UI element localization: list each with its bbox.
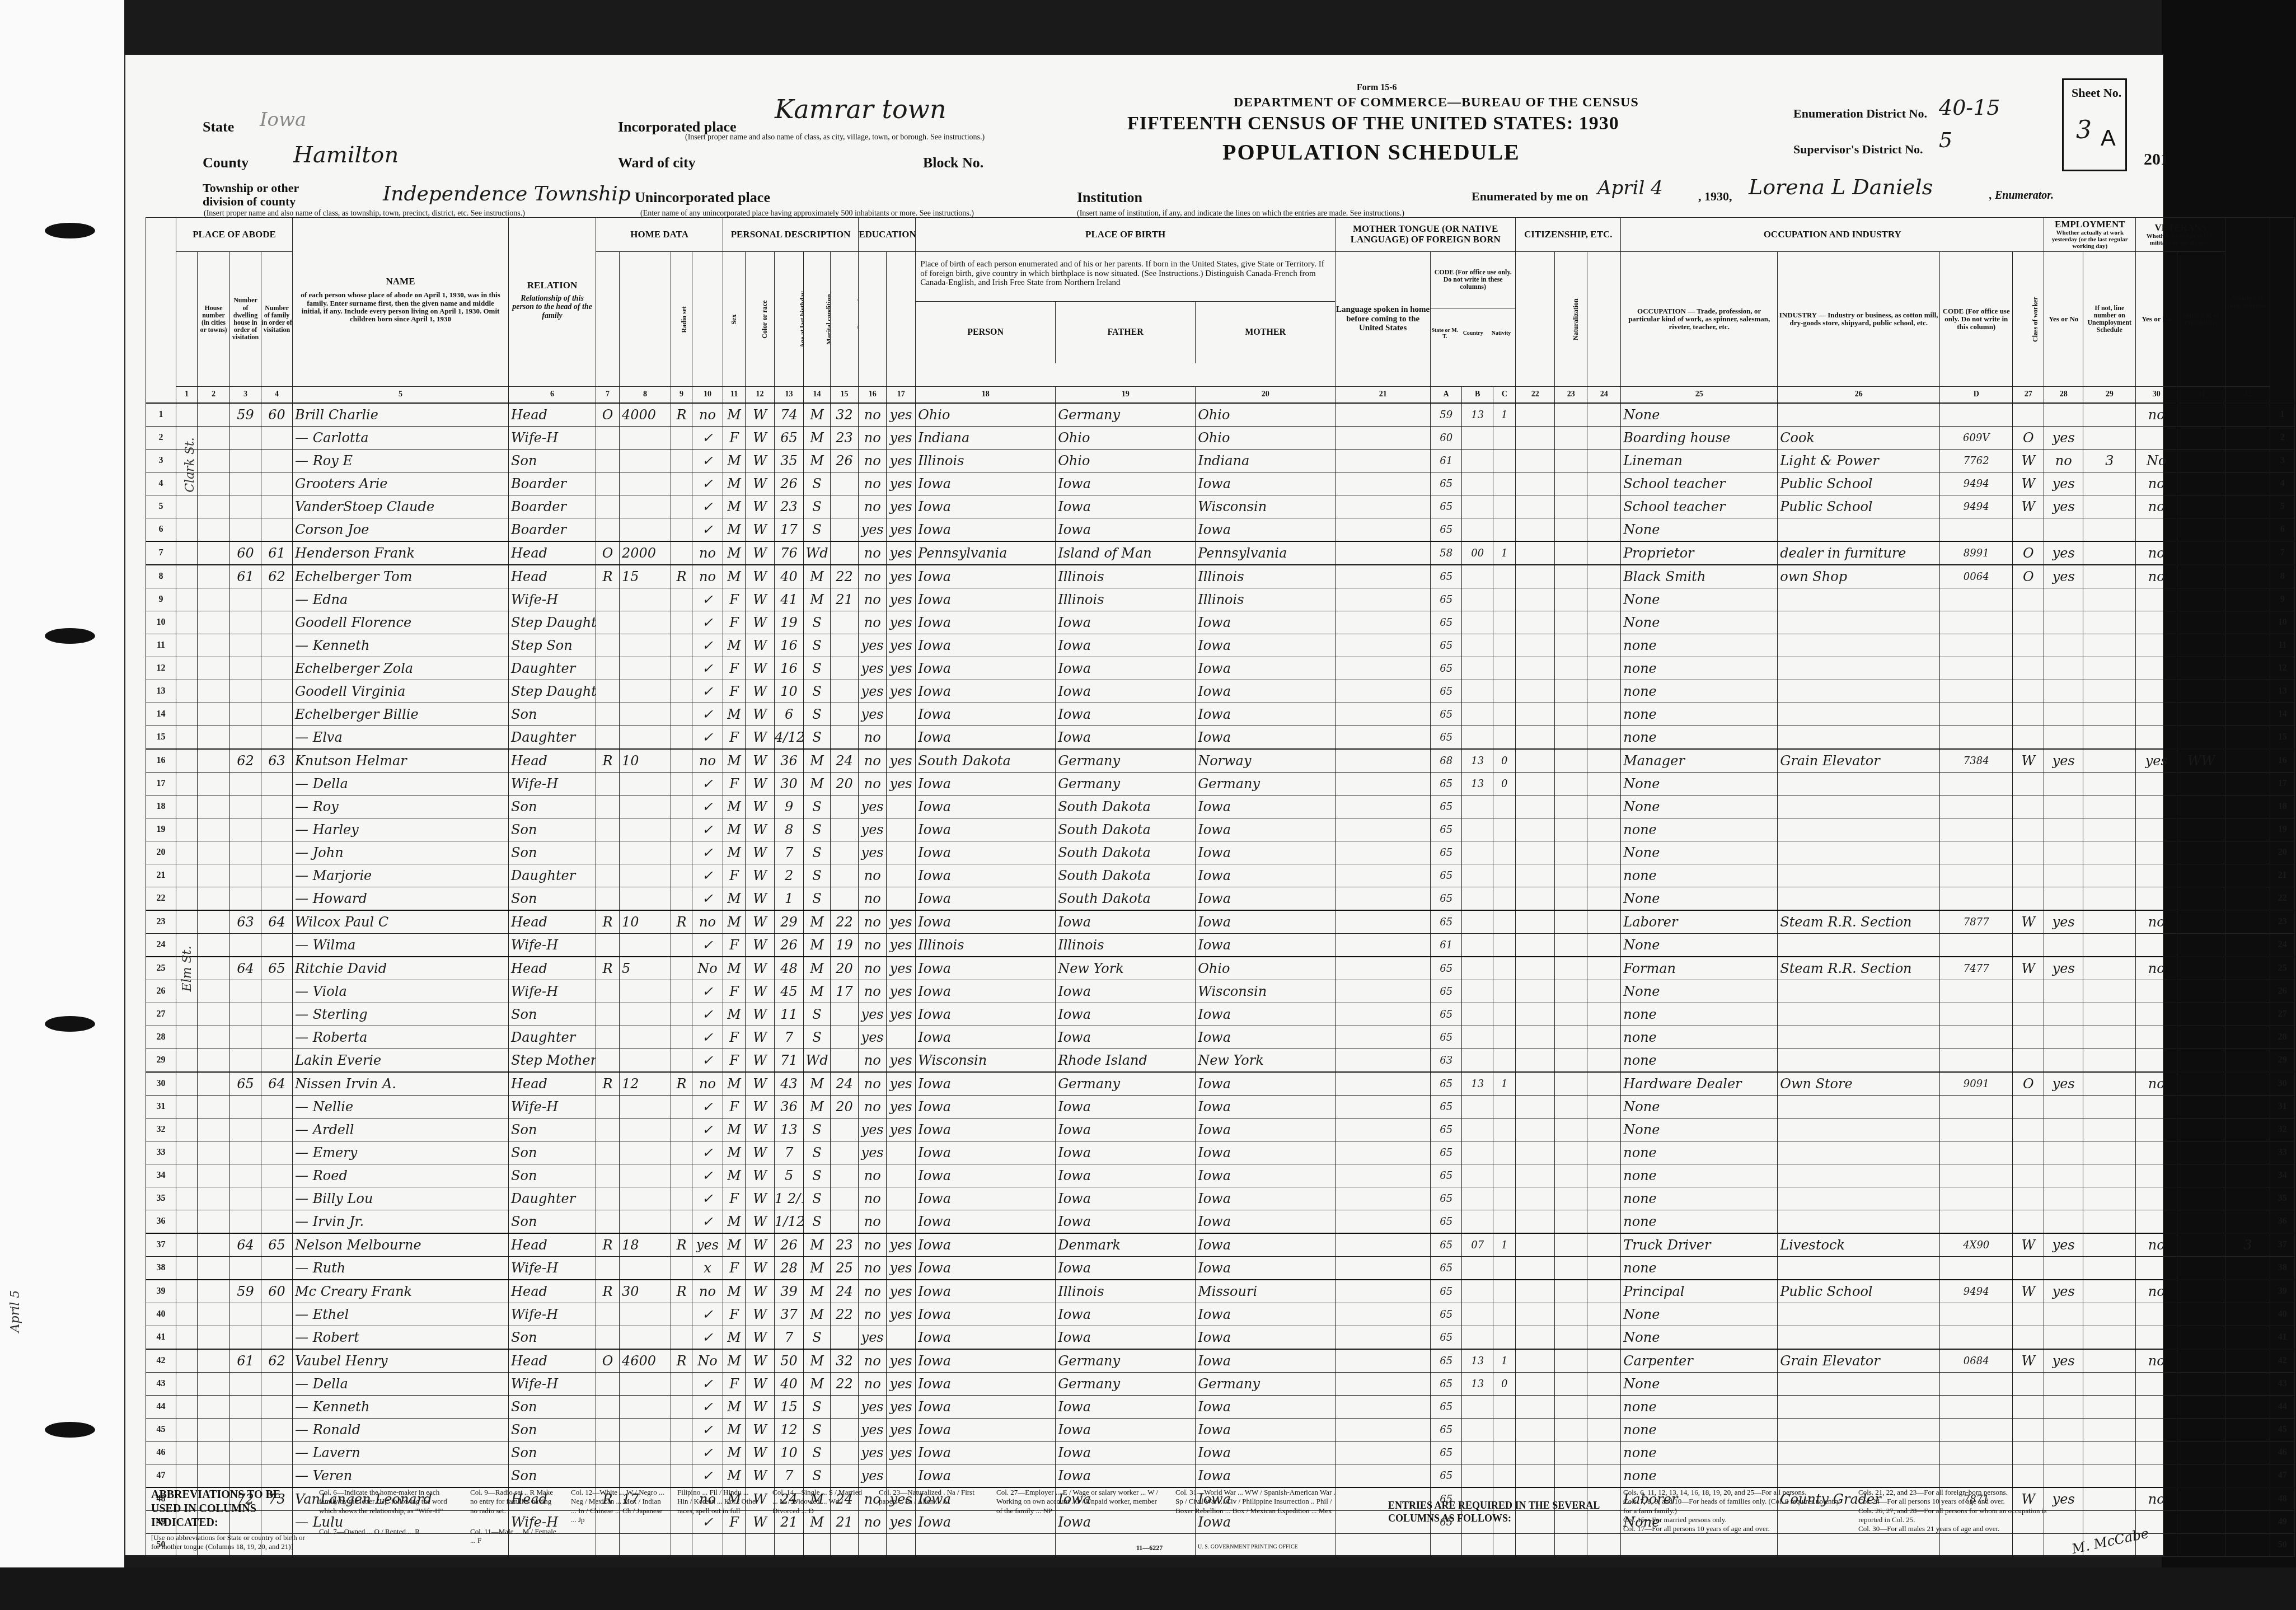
line-number: 13 <box>146 680 176 703</box>
street-note-elm: Elm St. <box>180 946 194 992</box>
line-number: 31 <box>146 1096 176 1118</box>
name-cell: — Billy Lou <box>293 1187 509 1210</box>
house-number-cell <box>198 980 230 1003</box>
school-cell: yes <box>859 841 887 864</box>
column-number: 31 <box>2177 387 2225 404</box>
census-row: 166263Knutson HelmarHeadR10noMW36M24noye… <box>146 749 2295 773</box>
unemp-cell <box>2083 1303 2136 1326</box>
value-cell <box>620 495 671 518</box>
class-cell: W <box>2013 1280 2044 1303</box>
marital-cell: M <box>804 934 831 957</box>
street-cell <box>176 1441 198 1464</box>
farmsch-cell <box>2225 1511 2270 1534</box>
sex-cell: F <box>723 864 746 887</box>
industry-cell <box>1778 1441 1940 1464</box>
bp-person-cell: Iowa <box>916 773 1056 795</box>
nat-cell <box>1555 611 1587 634</box>
industry-cell: Cook <box>1778 427 1940 450</box>
work-cell <box>2044 611 2083 634</box>
sex-cell: F <box>723 1257 746 1280</box>
codeD-cell: 0684 <box>1940 1349 2013 1373</box>
work-cell: yes <box>2044 1233 2083 1257</box>
age-marr-cell: 26 <box>831 450 859 472</box>
lang-cell <box>1336 1349 1431 1373</box>
age-cell: 10 <box>775 680 804 703</box>
owned-cell <box>596 818 620 841</box>
sex-cell: F <box>723 1373 746 1396</box>
eng-cell <box>1587 1373 1621 1396</box>
read-cell: yes <box>887 1280 916 1303</box>
lang-cell <box>1336 795 1431 818</box>
value-cell <box>620 841 671 864</box>
codeD-cell: 7477 <box>1940 957 2013 980</box>
relation-cell: Step Daughter <box>509 611 596 634</box>
unemp-cell <box>2083 864 2136 887</box>
family-cell <box>261 887 293 911</box>
farmsch-cell <box>2225 657 2270 680</box>
entries-line: Cols. 26, 27, and 28—For all persons for… <box>1858 1506 2060 1525</box>
codeA-cell: 65 <box>1431 1396 1462 1419</box>
school-cell: yes <box>859 818 887 841</box>
name-cell: — Marjorie <box>293 864 509 887</box>
work-cell <box>2044 1026 2083 1049</box>
vet-cell <box>2136 1373 2177 1396</box>
codeB-cell <box>1462 818 1493 841</box>
street-cell <box>176 1049 198 1073</box>
farm-header: Does this family live on a farm? <box>692 252 723 387</box>
radio-cell: R <box>671 403 692 427</box>
work-cell: yes <box>2044 427 2083 450</box>
column-number: 9 <box>671 387 692 404</box>
family-cell <box>261 1164 293 1187</box>
war-cell <box>2177 611 2225 634</box>
imm-cell <box>1516 1396 1555 1419</box>
relation-cell: Head <box>509 1072 596 1096</box>
enumerator-label: , Enumerator. <box>1989 189 2054 202</box>
unemp-cell <box>2083 1280 2136 1303</box>
eng-cell <box>1587 1118 1621 1141</box>
codeA-cell: 65 <box>1431 1373 1462 1396</box>
sex-cell: M <box>723 403 746 427</box>
family-cell <box>261 1419 293 1441</box>
owned-cell <box>596 518 620 542</box>
bp-father-cell: Iowa <box>1056 657 1196 680</box>
codeA-cell: 65 <box>1431 1280 1462 1303</box>
codeC-cell <box>1493 611 1516 634</box>
age-marr-cell <box>831 1187 859 1210</box>
codeC-cell <box>1493 518 1516 542</box>
value-cell <box>620 1049 671 1073</box>
age-cell: 36 <box>775 1096 804 1118</box>
street-cell <box>176 680 198 703</box>
codeA-cell: 65 <box>1431 1326 1462 1350</box>
nat-cell <box>1555 703 1587 726</box>
work-cell: yes <box>2044 565 2083 588</box>
vet-cell <box>2136 1257 2177 1280</box>
nat-cell <box>1555 588 1587 611</box>
dwelling-cell <box>230 450 261 472</box>
column-number: 5 <box>293 387 509 404</box>
unemp-cell <box>2083 1096 2136 1118</box>
owned-cell <box>596 657 620 680</box>
street-header: Street, avenue, road, etc. <box>176 252 198 387</box>
codeB-cell <box>1462 1118 1493 1141</box>
lang-cell <box>1336 749 1431 773</box>
street-cell <box>176 634 198 657</box>
line-number: 26 <box>146 980 176 1003</box>
nat-cell <box>1555 864 1587 887</box>
personal-description-header: PERSONAL DESCRIPTION <box>723 218 859 252</box>
street-cell <box>176 749 198 773</box>
census-row: 9— EdnaWife-H✓FW41M21noyesIowaIllinoisIl… <box>146 588 2295 611</box>
bp-mother-cell: Wisconsin <box>1196 495 1336 518</box>
eng-cell <box>1587 703 1621 726</box>
codeD-cell <box>1940 864 2013 887</box>
line-number: 47 <box>146 1464 176 1488</box>
farmsch-cell <box>2225 1164 2270 1187</box>
vet-cell <box>2136 634 2177 657</box>
occupation-cell: None <box>1621 773 1778 795</box>
scan-border-bottom <box>0 1567 2296 1610</box>
bp-mother-cell: Iowa <box>1196 611 1336 634</box>
unemp-cell <box>2083 1349 2136 1373</box>
relation-cell: Head <box>509 749 596 773</box>
value-cell <box>620 634 671 657</box>
codeA-cell: 65 <box>1431 495 1462 518</box>
marital-cell: M <box>804 1072 831 1096</box>
dwelling-cell <box>230 1303 261 1326</box>
abbrev-col23: Col. 23—Naturalized . Na / First papers … <box>879 1488 985 1506</box>
column-number: 32 <box>2225 387 2270 404</box>
school-cell: yes <box>859 634 887 657</box>
eng-cell <box>1587 841 1621 864</box>
industry-cell: Steam R.R. Section <box>1778 957 1940 980</box>
line-number-right: 42 <box>2270 1349 2295 1373</box>
census-row: 29Lakin EverieStep Mother✓FW71WdnoyesWis… <box>146 1049 2295 1073</box>
farm-cell: ✓ <box>692 1049 723 1073</box>
codeA-cell: 65 <box>1431 1141 1462 1164</box>
family-cell: 65 <box>261 1233 293 1257</box>
column-number: 3 <box>230 387 261 404</box>
name-cell: — Wilma <box>293 934 509 957</box>
line-number-right: 27 <box>2270 1003 2295 1026</box>
value-cell <box>620 887 671 911</box>
codeB-cell <box>1462 1464 1493 1488</box>
codeB-cell: 13 <box>1462 1373 1493 1396</box>
bp-father-cell: South Dakota <box>1056 887 1196 911</box>
owned-cell: O <box>596 403 620 427</box>
codeC-cell <box>1493 818 1516 841</box>
street-cell <box>176 1326 198 1350</box>
farm-cell: ✓ <box>692 773 723 795</box>
work-cell <box>2044 1373 2083 1396</box>
value-cell <box>620 588 671 611</box>
relation-cell: Son <box>509 1419 596 1441</box>
dwelling-cell <box>230 588 261 611</box>
radio-cell <box>671 1164 692 1187</box>
lang-cell <box>1336 1141 1431 1164</box>
marital-cell: M <box>804 773 831 795</box>
lang-cell <box>1336 1257 1431 1280</box>
imm-cell <box>1516 1464 1555 1488</box>
family-cell <box>261 1441 293 1464</box>
line-number: 10 <box>146 611 176 634</box>
class-cell <box>2013 887 2044 911</box>
codeA-cell: 65 <box>1431 1026 1462 1049</box>
farm-cell: ✓ <box>692 726 723 750</box>
bp-person-cell: Iowa <box>916 1303 1056 1326</box>
codeA-cell: 68 <box>1431 749 1462 773</box>
imm-cell <box>1516 518 1555 542</box>
radio-cell <box>671 680 692 703</box>
radio-cell <box>671 887 692 911</box>
house-number-cell <box>198 703 230 726</box>
street-cell <box>176 1096 198 1118</box>
war-cell <box>2177 1210 2225 1234</box>
vet-cell <box>2136 1026 2177 1049</box>
age-marr-cell <box>831 1441 859 1464</box>
codeC-cell <box>1493 1464 1516 1488</box>
read-cell <box>887 1141 916 1164</box>
column-number-row: 123456789101112131415161718192021ABC2223… <box>146 387 2295 404</box>
bp-person-cell: Iowa <box>916 1026 1056 1049</box>
work-cell <box>2044 726 2083 750</box>
age-marr-cell <box>831 634 859 657</box>
owned-cell <box>596 1441 620 1464</box>
codeA-cell: 65 <box>1431 611 1462 634</box>
codeC-cell <box>1493 1210 1516 1234</box>
read-cell: yes <box>887 1419 916 1441</box>
war-cell <box>2177 565 2225 588</box>
line-number: 38 <box>146 1257 176 1280</box>
line-number-right: 18 <box>2270 795 2295 818</box>
bp-person-cell: Illinois <box>916 934 1056 957</box>
name-cell: — Harley <box>293 818 509 841</box>
class-cell: W <box>2013 472 2044 495</box>
farm-cell: yes <box>692 1233 723 1257</box>
owned-cell: O <box>596 1349 620 1373</box>
line-number: 16 <box>146 749 176 773</box>
vet-cell <box>2136 726 2177 750</box>
read-cell: yes <box>887 1233 916 1257</box>
war-cell <box>2177 495 2225 518</box>
house-number-cell <box>198 1003 230 1026</box>
farmsch-cell <box>2225 403 2270 427</box>
occupation-cell: none <box>1621 1419 1778 1441</box>
age-marr-cell <box>831 818 859 841</box>
read-cell <box>887 841 916 864</box>
codeD-cell <box>1940 588 2013 611</box>
codeD-cell <box>1940 703 2013 726</box>
line-number-right: 35 <box>2270 1187 2295 1210</box>
industry-cell <box>1778 1373 1940 1396</box>
read-cell: yes <box>887 588 916 611</box>
radio-cell <box>671 1326 692 1350</box>
imm-cell <box>1516 1141 1555 1164</box>
marital-cell: M <box>804 749 831 773</box>
codeB-cell <box>1462 518 1493 542</box>
owned-cell <box>596 703 620 726</box>
street-cell <box>176 1233 198 1257</box>
codeB-cell: 13 <box>1462 1349 1493 1373</box>
age-marr-cell: 24 <box>831 1280 859 1303</box>
employment-note: Whether actually at work yesterday (or t… <box>2044 230 2135 250</box>
owned-cell <box>596 1303 620 1326</box>
bp-mother-cell: Iowa <box>1196 1026 1336 1049</box>
age-marr-cell <box>831 541 859 565</box>
vet-cell <box>2136 588 2177 611</box>
imm-cell <box>1516 795 1555 818</box>
school-cell: no <box>859 472 887 495</box>
column-number: 4 <box>261 387 293 404</box>
value-cell <box>620 450 671 472</box>
imm-cell <box>1516 472 1555 495</box>
lang-cell <box>1336 588 1431 611</box>
codeB-cell <box>1462 910 1493 934</box>
nat-cell <box>1555 1326 1587 1350</box>
abbrev-col9: Col. 9—Radio set .. R Make no entry for … <box>470 1488 560 1515</box>
line-number-right: 16 <box>2270 749 2295 773</box>
codeC-cell <box>1493 841 1516 864</box>
lang-cell <box>1336 957 1431 980</box>
age-cell: 26 <box>775 1233 804 1257</box>
unemp-cell <box>2083 1210 2136 1234</box>
street-cell <box>176 611 198 634</box>
codeB-cell <box>1462 726 1493 750</box>
unemp-cell <box>2083 495 2136 518</box>
codeA-cell: 65 <box>1431 1419 1462 1441</box>
value-cell: 5 <box>620 957 671 980</box>
race-cell: W <box>746 1233 775 1257</box>
relation-cell: Head <box>509 565 596 588</box>
work-cell: yes <box>2044 495 2083 518</box>
radio-cell <box>671 773 692 795</box>
owned-cell <box>596 841 620 864</box>
codeB-cell <box>1462 1187 1493 1210</box>
codeC-cell <box>1493 427 1516 450</box>
abbrev-col7: Col. 7—Owned ... O / Rented ... R <box>319 1527 459 1536</box>
family-cell: 65 <box>261 957 293 980</box>
age-marr-cell: 24 <box>831 749 859 773</box>
race-cell: W <box>746 1303 775 1326</box>
class-cell: W <box>2013 957 2044 980</box>
industry-cell <box>1778 1396 1940 1419</box>
school-cell: no <box>859 1257 887 1280</box>
sex-cell: M <box>723 472 746 495</box>
street-cell <box>176 518 198 542</box>
name-cell: Grooters Arie <box>293 472 509 495</box>
eng-cell <box>1587 450 1621 472</box>
industry-cell <box>1778 1118 1940 1141</box>
age-marr-cell: 25 <box>831 1257 859 1280</box>
sex-cell: M <box>723 518 746 542</box>
read-cell: yes <box>887 450 916 472</box>
family-cell <box>261 495 293 518</box>
farm-cell: ✓ <box>692 1026 723 1049</box>
relation-cell: Wife-H <box>509 934 596 957</box>
age-header: Age at last birthday <box>775 252 804 387</box>
race-cell: W <box>746 1072 775 1096</box>
line-number-right: 37 <box>2270 1233 2295 1257</box>
value-cell <box>620 1026 671 1049</box>
abbrev-col14: Col. 14—Single ... S / Married ... M / W… <box>772 1488 868 1515</box>
relation-cell: Boarder <box>509 472 596 495</box>
radio-cell <box>671 703 692 726</box>
family-cell <box>261 726 293 750</box>
nat-cell <box>1555 1164 1587 1187</box>
line-number: 19 <box>146 818 176 841</box>
relation-cell: Daughter <box>509 1026 596 1049</box>
bp-person-cell: Iowa <box>916 1072 1056 1096</box>
industry-cell <box>1778 1419 1940 1441</box>
abbreviations-footer: ABBREVIATIONS TO BE USED IN COLUMNS INDI… <box>146 1488 2155 1544</box>
read-cell: yes <box>887 749 916 773</box>
age-cell: 2 <box>775 864 804 887</box>
unemp-cell: 3 <box>2083 450 2136 472</box>
value-cell <box>620 427 671 450</box>
census-row: 6Corson JoeBoarder✓MW17SyesyesIowaIowaIo… <box>146 518 2295 542</box>
farm-cell: ✓ <box>692 1441 723 1464</box>
imm-cell <box>1516 1026 1555 1049</box>
race-cell: W <box>746 657 775 680</box>
line-number: 11 <box>146 634 176 657</box>
occupation-cell: none <box>1621 1003 1778 1026</box>
school-cell: no <box>859 1164 887 1187</box>
codeB-cell <box>1462 703 1493 726</box>
unemp-cell <box>2083 980 2136 1003</box>
value-cell <box>620 773 671 795</box>
sheet-label: Sheet No. <box>2072 86 2121 100</box>
street-cell <box>176 1464 198 1488</box>
radio-cell <box>671 518 692 542</box>
codeD-cell <box>1940 1026 2013 1049</box>
radio-cell <box>671 1210 692 1234</box>
line-number-right: 21 <box>2270 864 2295 887</box>
codeA-cell: 65 <box>1431 910 1462 934</box>
codeB-cell <box>1462 1419 1493 1441</box>
war-cell <box>2177 1464 2225 1488</box>
codeB-cell <box>1462 450 1493 472</box>
codeD-cell <box>1940 1303 2013 1326</box>
bp-mother-cell: Iowa <box>1196 703 1336 726</box>
codeD-cell <box>1940 1003 2013 1026</box>
bp-father-cell: Iowa <box>1056 726 1196 750</box>
bp-person-cell: Pennsylvania <box>916 541 1056 565</box>
relation-cell: Wife-H <box>509 1096 596 1118</box>
bp-person-cell: Iowa <box>916 887 1056 911</box>
line-number-right: 20 <box>2270 841 2295 864</box>
marital-cell: M <box>804 565 831 588</box>
marital-cell: S <box>804 1326 831 1350</box>
age-cell: 16 <box>775 634 804 657</box>
line-number-right: 4 <box>2270 472 2295 495</box>
war-cell <box>2177 726 2225 750</box>
owned-cell <box>596 611 620 634</box>
street-cell <box>176 1257 198 1280</box>
read-cell <box>887 1464 916 1488</box>
column-number: 8 <box>620 387 671 404</box>
line-number: 7 <box>146 541 176 565</box>
marital-cell: S <box>804 518 831 542</box>
codeA-cell: 65 <box>1431 1441 1462 1464</box>
age-cell: 26 <box>775 472 804 495</box>
eng-cell <box>1587 634 1621 657</box>
war-cell <box>2177 1072 2225 1096</box>
line-number-right: 5 <box>2270 495 2295 518</box>
farm-cell: ✓ <box>692 1419 723 1441</box>
street-cell <box>176 1026 198 1049</box>
age-cell: 8 <box>775 818 804 841</box>
